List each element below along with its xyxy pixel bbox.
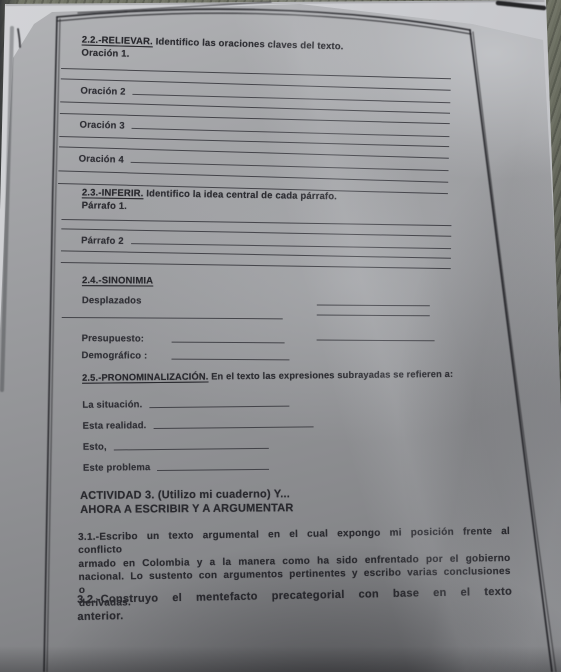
term-presupuesto: Presupuesto: xyxy=(82,333,145,344)
answer-blank-line xyxy=(317,305,430,307)
ref-este-problema: Este problema xyxy=(63,462,151,474)
section-sinonimia: 2.4.-SINONIMIA Desplazados Presupuesto: … xyxy=(61,274,452,363)
answer-blank-line xyxy=(157,469,269,471)
row-este-problema: Este problema xyxy=(63,448,513,474)
answer-blank-line xyxy=(172,342,285,344)
ref-la-situacion: La situación. xyxy=(62,399,142,411)
heading-relievar: 2.2.-RELIEVAR. xyxy=(82,35,153,48)
item-3-2: 3.2.-Construyo el mentefacto precategori… xyxy=(77,584,513,626)
heading-inferir: 2.3.-INFERIR. xyxy=(82,187,144,199)
term-demografico: Demográfico : xyxy=(81,350,147,361)
worksheet-content: 2.2.-RELIEVAR. Identifico las oraciones … xyxy=(0,0,561,672)
term-desplazados: Desplazados xyxy=(82,295,142,306)
instruction-pronominalizacion: En el texto las expresiones subrayadas s… xyxy=(211,369,453,382)
heading-sinonimia: 2.4.-SINONIMIA xyxy=(82,275,153,286)
row-desplazados: Desplazados xyxy=(62,287,452,308)
section-actividad-3: ACTIVIDAD 3. (Utilizo mi cuaderno) Y... … xyxy=(80,486,500,517)
label-oracion-3: Oración 3 xyxy=(59,119,124,132)
ref-esta-realidad: Esta realidad. xyxy=(63,420,147,432)
row-demografico: Demográfico : xyxy=(61,344,451,363)
actividad-3-title-line2: AHORA A ESCRIBIR Y A ARGUMENTAR xyxy=(80,500,500,517)
answer-blank-line xyxy=(149,406,289,408)
answer-blank-line xyxy=(317,340,435,342)
ref-esto: Esto, xyxy=(63,442,107,453)
answer-blank-line xyxy=(317,315,430,317)
heading-pronominalizacion: 2.5.-PRONOMINALIZACIÓN. xyxy=(82,371,208,382)
row-presupuesto: Presupuesto: xyxy=(62,318,452,346)
photographed-worksheet: 2.2.-RELIEVAR. Identifico las oraciones … xyxy=(0,0,561,672)
answer-blank-line xyxy=(114,448,269,451)
answer-blank-line xyxy=(171,359,289,361)
section-pronominalizacion: 2.5.-PRONOMINALIZACIÓN. En el texto las … xyxy=(62,367,513,474)
section-inferir: 2.3.-INFERIR. Identifico la idea central… xyxy=(61,186,452,269)
section-relievar: 2.2.-RELIEVAR. Identifico las oraciones … xyxy=(58,33,452,194)
